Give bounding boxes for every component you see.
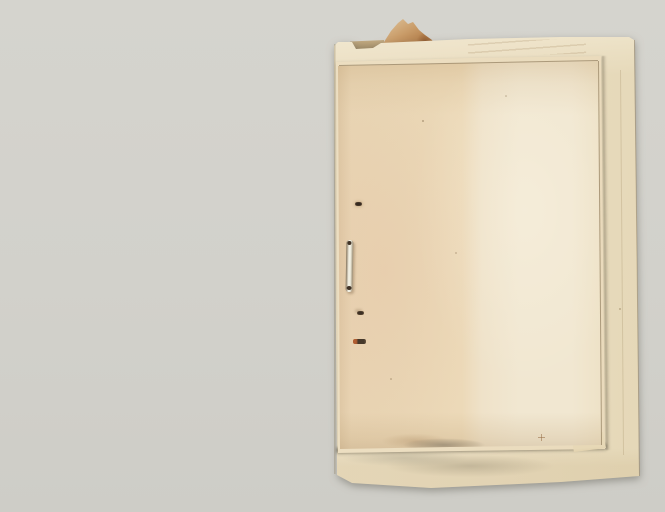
rust-hole-top bbox=[355, 202, 362, 206]
photo-of-stapled-papers bbox=[0, 0, 665, 512]
paper-speck bbox=[422, 120, 424, 122]
paper-speck bbox=[619, 308, 621, 310]
staple-bottom-hole bbox=[347, 286, 352, 290]
paper-speck bbox=[505, 95, 507, 97]
paper-speck bbox=[455, 252, 457, 254]
stack-left-edge bbox=[334, 44, 336, 474]
paper-speck bbox=[390, 378, 392, 380]
staple bbox=[345, 240, 355, 292]
rust-hole-bottom bbox=[353, 339, 366, 344]
plus-pencil-mark bbox=[538, 434, 545, 441]
staple-top-hole bbox=[347, 241, 351, 245]
staple-body bbox=[346, 240, 354, 292]
rust-hole-middle bbox=[357, 311, 364, 315]
